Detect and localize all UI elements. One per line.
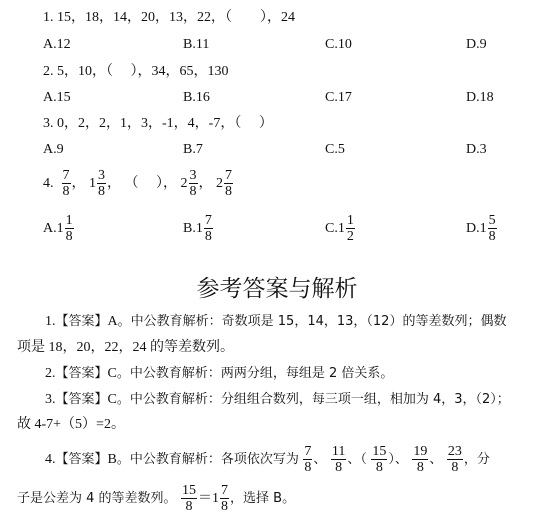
answer-4-fraction-1: 78	[303, 444, 312, 475]
answer-4-fraction-4: 198	[412, 444, 428, 475]
answer-4-line-1: 4.【答案】B。中公教育解析：各项依次写为 78、 118、（ 158）、 19…	[45, 440, 490, 480]
question-3-option-a: A.9	[43, 141, 64, 159]
answer-3-line-2: 故 4-7+（5）=2。	[17, 415, 125, 435]
question-2-option-a: A.15	[43, 89, 71, 107]
question-3-option-d: D.3	[466, 141, 487, 159]
question-1-option-b: B.11	[183, 36, 209, 54]
answer-4-fraction-5: 238	[447, 444, 463, 475]
question-2-option-c: C.17	[325, 89, 352, 107]
term-3-blank: （ ）	[125, 176, 164, 191]
question-1-stem: 1. 15，18，14，20，13，22，（ ），24	[43, 9, 295, 27]
answer-1-line-2: 项是 18，20，22，24 的等差数列。	[17, 338, 234, 358]
question-3-option-b: B.7	[183, 141, 203, 159]
question-1-option-c: C.10	[325, 36, 352, 54]
question-4-option-b: B.178	[183, 209, 214, 249]
question-2-stem: 2. 5，10，（ ），34，65，130	[43, 63, 229, 81]
answer-4-fraction-2: 118	[331, 444, 346, 475]
question-4-option-c: C.112	[325, 209, 356, 249]
answer-4-fraction-3: 158	[371, 444, 387, 475]
question-1-option-d: D.9	[466, 36, 487, 54]
question-2-option-d: D.18	[466, 89, 494, 107]
question-1-option-a: A.12	[43, 36, 71, 54]
question-4-option-d: D.158	[466, 209, 498, 249]
answer-2-line-1: 2.【答案】C。中公教育解析：两两分组，每组是 2 倍关系。	[45, 364, 393, 384]
term-1-fraction: 78	[62, 168, 71, 199]
term-2-fraction: 38	[97, 168, 106, 199]
section-title: 参考答案与解析	[0, 270, 554, 303]
term-5-fraction: 78	[224, 168, 233, 199]
answer-4-equation-left: 158	[181, 483, 197, 514]
question-3-option-c: C.5	[325, 141, 345, 159]
answer-4-line-2: 子是公差为 4 的等差数列。 158＝178，选择 B。	[17, 479, 295, 519]
question-4-number: 4.	[43, 176, 54, 191]
answer-3-line-1: 3.【答案】C。中公教育解析：分组组合数列，每三项一组，相加为 4，3，（2）；	[45, 390, 510, 410]
question-4-option-a: A.118	[43, 209, 75, 249]
term-4-fraction: 38	[189, 168, 198, 199]
question-4-stem: 4. 78， 138， （ ）， 238， 278	[43, 164, 234, 204]
answer-4-equation-right: 78	[220, 483, 229, 514]
question-3-stem: 3. 0，2，2，1，3，-1，4，-7，（ ）	[43, 115, 273, 133]
answer-1-line-1: 1.【答案】A。中公教育解析：奇数项是 15，14，13，（12）的等差数列；偶…	[45, 312, 506, 332]
question-2-option-b: B.16	[183, 89, 210, 107]
